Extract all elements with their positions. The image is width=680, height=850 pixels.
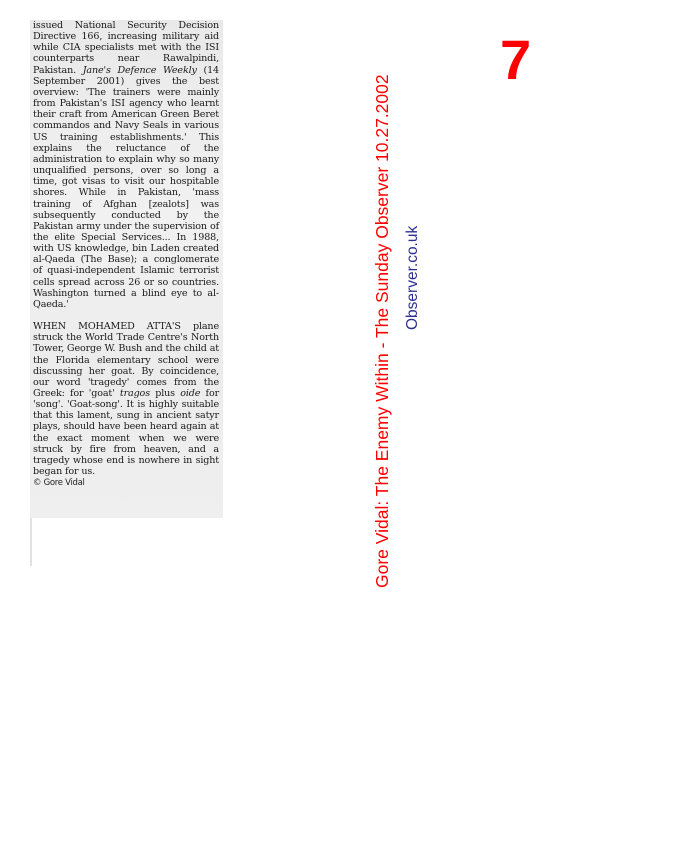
article-paragraph-2: WHEN MOHAMED ATTA'S plane struck the Wor… bbox=[33, 321, 219, 477]
source-title: Gore Vidal: The Enemy Within - The Sunda… bbox=[372, 74, 392, 588]
italic-word: oide bbox=[180, 388, 200, 399]
paragraph-text: for 'song'. 'Goat-song'. It is highly su… bbox=[33, 388, 219, 477]
article-text: issued National Security Decision Direct… bbox=[33, 20, 219, 489]
newspaper-clipping: issued National Security Decision Direct… bbox=[30, 20, 223, 518]
publication-name: Jane's Defence Weekly bbox=[83, 65, 197, 76]
italic-word: tragos bbox=[120, 388, 150, 399]
article-paragraph-1: issued National Security Decision Direct… bbox=[33, 20, 219, 310]
page-number: 7 bbox=[500, 28, 531, 92]
paragraph-text: plus bbox=[150, 388, 180, 399]
clipping-edge-divider bbox=[30, 518, 32, 566]
paragraph-text: (14 September 2001) gives the best overv… bbox=[33, 65, 219, 310]
copyright-credit: © Gore Vidal bbox=[33, 478, 219, 489]
source-website: Observer.co.uk bbox=[404, 226, 422, 330]
